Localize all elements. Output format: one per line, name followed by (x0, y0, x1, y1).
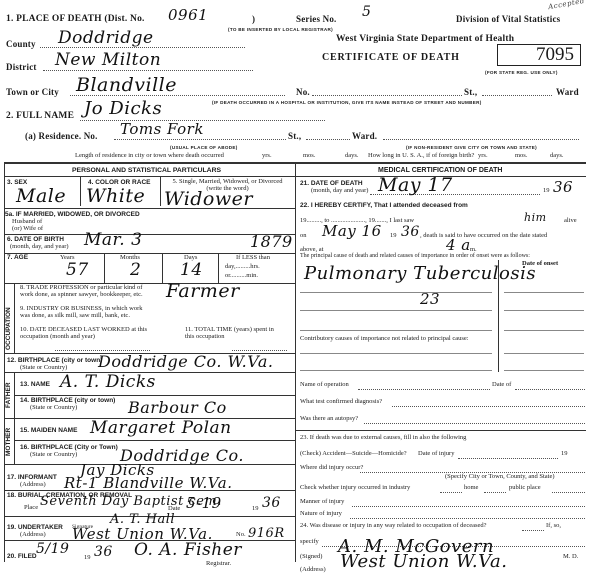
on-year-prefix: 19 (390, 232, 397, 239)
undertaker-no-field[interactable]: 916R (248, 526, 285, 541)
injury-date-field[interactable] (458, 458, 558, 459)
filed-year-field[interactable]: 36 (94, 544, 113, 560)
undertaker-no-label: No. (236, 531, 246, 538)
public-place-label: public place (509, 484, 541, 491)
filed-label: 20. FILED (7, 553, 37, 560)
father-name-label: 13. NAME (20, 381, 50, 388)
paren-close: ) (252, 14, 255, 24)
public-place-field[interactable] (552, 492, 585, 493)
trade-label: 8. TRADE PROFESSION or particular kind o… (20, 285, 150, 298)
manner-field[interactable] (352, 506, 585, 507)
total-time-field[interactable] (232, 350, 287, 351)
father-side-label: FATHER (5, 382, 12, 408)
cause-field[interactable]: Pulmonary Tuberculosis (304, 263, 536, 284)
burial-date-field[interactable]: 5-19 (186, 494, 222, 512)
dod-sub: (month, day and year) (311, 187, 368, 194)
last-worked-field[interactable] (55, 350, 150, 351)
nature-field[interactable] (350, 518, 585, 519)
injury-date-label: Date of injury (418, 450, 454, 457)
medical-section-title: MEDICAL CERTIFICATION OF DEATH (378, 167, 502, 174)
dod-year-prefix: 19 (543, 187, 550, 194)
less-hrs-field[interactable]: day,.........hrs. (225, 263, 260, 270)
dob-sub: (month, day, and year) (10, 243, 69, 250)
industry-label: 9. INDUSTRY OR BUSINESS, in which work w… (20, 306, 150, 319)
mother-bp-label: 16. BIRTHPLACE (City or Town) (20, 444, 118, 451)
nature-label: Nature of injury (300, 510, 342, 517)
time-suffix: m. (470, 246, 477, 253)
alive-label: alive (564, 217, 577, 224)
race-field[interactable]: White (86, 185, 145, 207)
marital-field[interactable]: Widower (164, 188, 253, 210)
st-label: St., (464, 87, 477, 97)
dod-field[interactable]: May 17 (378, 174, 453, 196)
birthplace-sub: (State or Country) (20, 364, 67, 371)
burial-date-label: Date (168, 505, 180, 512)
injury-year-prefix: 19 (561, 450, 568, 457)
accident-check[interactable]: (Check) Accident—Suicide—Homicide? (300, 450, 407, 457)
informant-sub: (Address) (20, 481, 46, 488)
personal-section-title: PERSONAL AND STATISTICAL PARTICULARS (72, 167, 221, 174)
place-of-death-label: 1. PLACE OF DEATH (Dist. No. (6, 14, 145, 24)
dod-label: 21. DATE OF DEATH (300, 180, 363, 187)
operation-field[interactable] (358, 389, 490, 390)
residence-ward-label: Ward. (352, 131, 377, 141)
district-label: District (6, 62, 37, 72)
total-time-label: 11. TOTAL TIME (years) spent in this occ… (185, 326, 280, 340)
mother-name-label: 15. MAIDEN NAME (20, 427, 77, 434)
home-field[interactable] (484, 492, 506, 493)
industry-field[interactable] (160, 310, 285, 322)
mos-label: mos. (303, 152, 315, 159)
occupation-related-label: 24. Was disease or injury in any way rel… (300, 522, 487, 529)
autopsy-label: Was there an autopsy? (300, 415, 358, 422)
us-residence-label: How long in U. S. A., if of foreign birt… (368, 152, 474, 159)
nonresident-note: (IF NON-RESIDENT GIVE CITY OR TOWN AND S… (406, 145, 537, 150)
father-bp-label: 14. BIRTHPLACE (city or town) (20, 397, 115, 404)
physician-address-field[interactable]: West Union W.Va. (340, 551, 507, 572)
above-at-label: above, at (300, 246, 323, 253)
md-label: M. D. (563, 553, 578, 560)
cause-code: 23 (420, 290, 440, 308)
dob-label: 6. DATE OF BIRTH (7, 236, 64, 243)
on-label: on (300, 232, 307, 239)
state-number: 7095 (536, 44, 574, 66)
town-label: Town or City (6, 87, 59, 97)
physician-address-label: (Address) (300, 566, 326, 573)
age-months[interactable]: 2 (130, 260, 141, 280)
town-field[interactable]: Blandville (76, 74, 177, 96)
contributory-label: Contributory causes of importance not re… (300, 335, 480, 342)
us-mos-label: mos. (515, 152, 527, 159)
age-label: 7. AGE (7, 254, 28, 261)
center-divider (295, 162, 296, 562)
days-label: days. (345, 152, 359, 159)
residence-st-label: St., (288, 131, 301, 141)
birthplace-label: 12. BIRTHPLACE (city or town) (7, 357, 102, 364)
age-years[interactable]: 57 (66, 260, 89, 280)
undertaker-label: 19. UNDERTAKER (7, 524, 63, 531)
age-days[interactable]: 14 (180, 260, 203, 280)
certificate-title: CERTIFICATE OF DEATH (322, 52, 460, 63)
occupation-related-field[interactable] (522, 530, 544, 531)
length-residence-label: Length of residence in city or town wher… (75, 152, 224, 159)
industry-field[interactable] (440, 492, 462, 493)
residence-field[interactable]: Toms Fork (120, 120, 204, 138)
dob-year[interactable]: 1879 (250, 232, 293, 251)
father-name-field[interactable]: A. T. Dicks (60, 372, 156, 392)
accepted-stamp: Accepted (548, 0, 586, 11)
occupation-side-label: OCCUPATION (5, 307, 12, 350)
spouse-label: 5a. IF MARRIED, WIDOWED, OR DIVORCED (5, 211, 140, 218)
state-reg-note: (FOR STATE REG. USE ONLY) (485, 70, 558, 75)
series-number[interactable]: 5 (362, 4, 371, 20)
us-days-label: days. (550, 152, 564, 159)
dod-year-field[interactable]: 36 (553, 178, 573, 196)
county-label: County (6, 39, 36, 49)
burial-year-field[interactable]: 36 (262, 495, 281, 511)
ward-label: Ward (556, 87, 579, 97)
sex-field[interactable]: Male (16, 185, 66, 207)
last-saw-field[interactable]: him (524, 211, 547, 224)
operation-date-label: Date of (492, 381, 511, 388)
operation-date-field[interactable] (515, 389, 585, 390)
father-bp-sub: (State or Country) (30, 404, 77, 411)
cause-label: The principal cause of death and related… (300, 253, 530, 259)
state-number-box: 7095 (497, 44, 581, 66)
test-label: What test confirmed diagnosis? (300, 398, 382, 405)
inserted-note: (TO BE INSERTED BY LOCAL REGISTRAR) (228, 27, 333, 32)
mother-bp-sub: (State or Country) (30, 451, 77, 458)
burial-year-prefix: 19 (252, 505, 259, 512)
division-title: Division of Vital Statistics (456, 14, 560, 24)
less-min-field[interactable]: or..........min. (225, 272, 258, 279)
last-worked-label: 10. DATE DECEASED LAST WORKED at this oc… (20, 326, 155, 340)
manner-label: Manner of injury (300, 498, 344, 505)
hospital-note: (IF DEATH OCCURRED IN A HOSPITAL OR INST… (212, 100, 482, 105)
where-injury-label: Where did injury occur? (300, 464, 363, 471)
undertaker-sub: (Address) (20, 531, 46, 538)
mother-name-field[interactable]: Margaret Polan (90, 418, 232, 438)
series-label: Series No. (296, 14, 337, 24)
yrs-label: yrs. (262, 152, 272, 159)
last-seen-year-field[interactable]: 36 (401, 224, 420, 240)
less-than-label: If LESS than (236, 254, 270, 261)
burial-place-label: Place (24, 504, 38, 511)
registrar-signature[interactable]: O. A. Fisher (134, 540, 242, 560)
birthplace-field[interactable]: Doddridge Co. W.Va. (98, 352, 273, 371)
signed-label: (Signed) (300, 553, 322, 560)
spouse-sub: Husband of (or) Wife of (12, 219, 48, 232)
full-name-label: 2. FULL NAME (6, 111, 74, 121)
no-label: No. (296, 87, 310, 97)
autopsy-field[interactable] (364, 423, 585, 424)
test-field[interactable] (392, 406, 585, 407)
department-title: West Virginia State Department of Health (336, 34, 514, 44)
operation-label: Name of operation (300, 381, 349, 388)
filed-date-field[interactable]: 5/19 (36, 541, 69, 557)
mother-side-label: MOTHER (5, 428, 12, 456)
filed-year-prefix: 19 (84, 554, 91, 561)
death-said-text: , death is said to have occurred on the … (420, 232, 547, 239)
informant-label: 17. INFORMANT (7, 474, 57, 481)
registrar-label: Registrar. (206, 560, 231, 567)
if-so-label: If, so, (546, 522, 561, 529)
specify-place-note: (Specify City or Town, County, and State… (445, 473, 555, 480)
industry-check-label: Check whether injury occurred in industr… (300, 484, 410, 491)
time-of-death-field[interactable]: 4 a (446, 236, 471, 254)
external-causes-label: 23. If death was due to external causes,… (300, 434, 466, 441)
county-field[interactable]: Doddridge (58, 28, 154, 48)
last-seen-date-field[interactable]: May 16 (322, 222, 382, 240)
district-field[interactable]: New Milton (55, 50, 161, 70)
us-yrs-label: yrs. (478, 152, 488, 159)
residence-label: (a) Residence. No. (25, 131, 98, 141)
specify-label: specify (300, 538, 319, 545)
district-number[interactable]: 0961 (168, 6, 208, 24)
dob-month-day[interactable]: Mar. 3 (84, 230, 142, 250)
full-name-field[interactable]: Jo Dicks (84, 98, 162, 119)
home-label: home (464, 484, 478, 491)
abode-note: (USUAL PLACE OF ABODE) (170, 145, 238, 150)
father-bp-field[interactable]: Barbour Co (128, 398, 227, 417)
trade-field[interactable]: Farmer (166, 280, 240, 302)
certify-label: 22. I HEREBY CERTIFY, That I attended de… (300, 202, 468, 209)
